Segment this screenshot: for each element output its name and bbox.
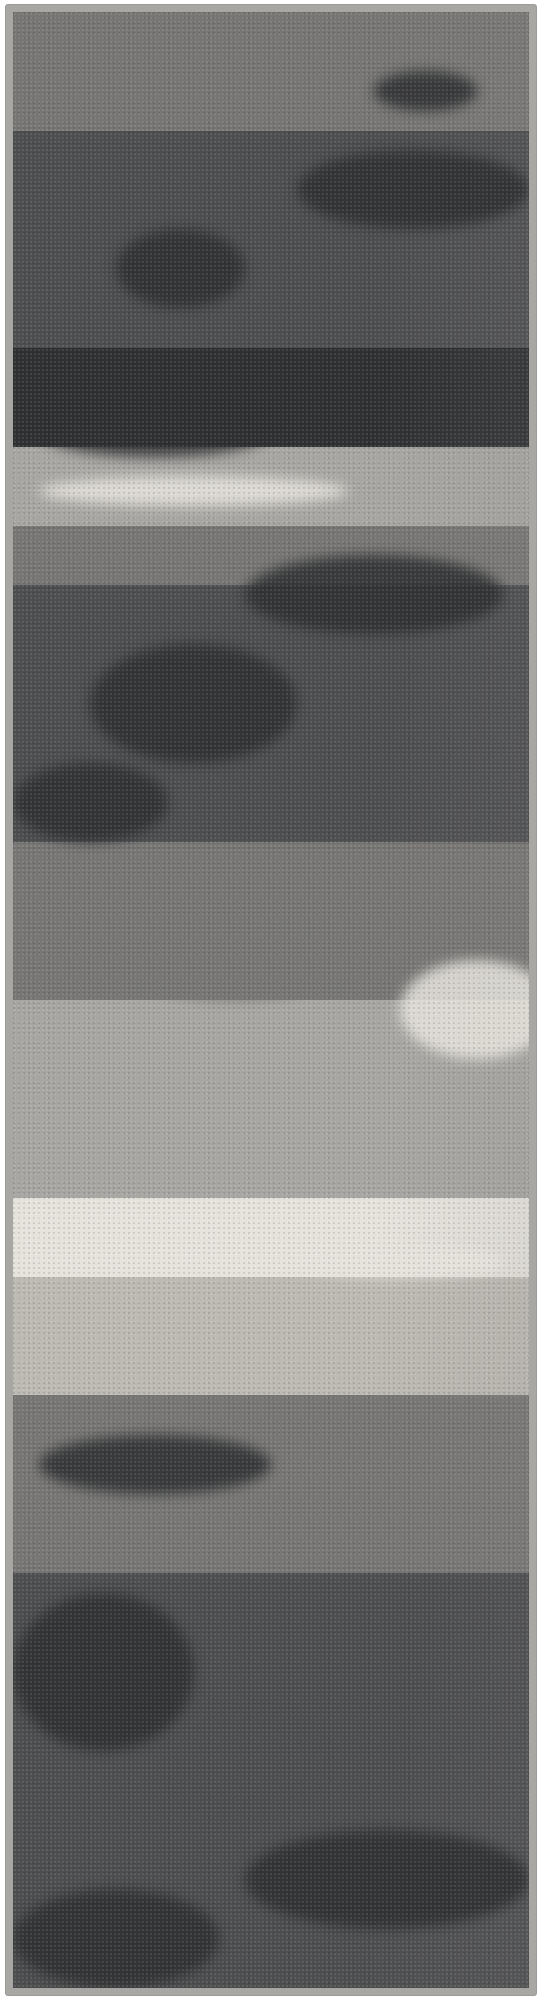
rug-pattern-blot (39, 476, 349, 506)
rug-pattern-blot (297, 1247, 503, 1277)
rug-pattern-blot (245, 1830, 529, 1929)
rug-pattern-blot (90, 644, 296, 763)
rug-pattern-blot (116, 921, 348, 1000)
rug-band (13, 1277, 529, 1398)
rug-pattern-blot (13, 1889, 219, 1988)
rug-pattern-blot (168, 1711, 323, 1810)
rug-band (13, 12, 529, 133)
rug-pattern-blot (297, 150, 529, 229)
rug-pattern-blot (116, 229, 245, 308)
rug-pattern-blot (374, 71, 477, 111)
runner-rug (6, 5, 536, 1995)
rug-pattern-blot (39, 1435, 271, 1494)
rug-pattern-field (13, 12, 529, 1988)
rug-pattern-blot (13, 763, 168, 842)
rug-pattern-blot (13, 1207, 219, 1266)
rug-pattern-blot (13, 1593, 194, 1751)
rug-pattern-blot (39, 407, 271, 456)
rug-pattern-blot (245, 555, 503, 634)
